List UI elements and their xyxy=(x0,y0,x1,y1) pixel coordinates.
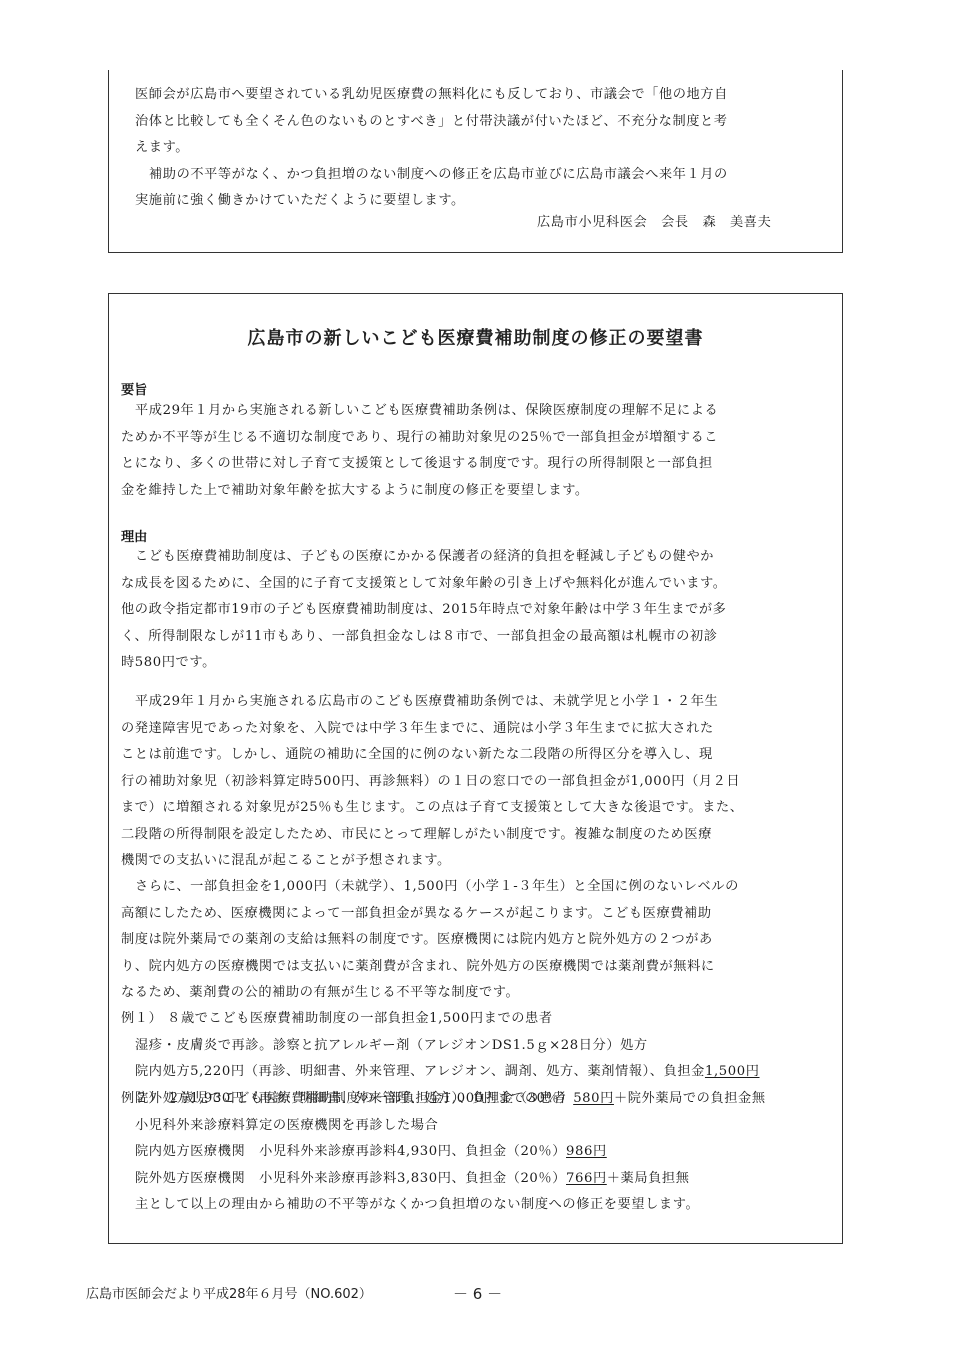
text-fragment: ＋薬局負担無 xyxy=(607,1171,690,1186)
reasons-paragraph-1: こども医療費補助制度は、子どもの医療にかかる保護者の経済的負担を軽減し子どもの健… xyxy=(121,544,727,677)
text-line: 機関での支払いに混乱が起こることが予想されます。 xyxy=(121,848,744,875)
example-label: 例２） xyxy=(121,1091,162,1106)
text-line: まで）に増額される対象児が25％も生じます。この点は子育て支援策として大きな後退… xyxy=(121,795,744,822)
text-line: とになり、多くの世帯に対し子育て支援策として後退する制度です。現行の所得制限と一… xyxy=(121,451,718,478)
text-line: 二段階の所得制限を設定したため、市民にとって理解しがたい制度です。複雑な制度のた… xyxy=(121,822,744,849)
text-line: なるため、薬剤費の公的補助の有無が生じる不平等な制度です。 xyxy=(121,980,739,1007)
highlighted-amount: 766円 xyxy=(566,1171,607,1186)
conclusion: 主として以上の理由から補助の不平等がなくかつ負担増のない制度への修正を要望します… xyxy=(135,1192,699,1219)
text-fragment: 院内処方医療機関 小児科外来診療再診料4,930円、負担金（20％） xyxy=(135,1144,566,1159)
text-line: ためか不平等が生じる不適切な制度であり、現行の補助対象児の25％で一部負担金が増… xyxy=(121,425,718,452)
text-line: 金を維持した上で補助対象年齢を拡大するように制度の修正を要望します。 xyxy=(121,478,718,505)
example-label: 例１） xyxy=(121,1011,162,1026)
text-line: ことは前進です。しかし、通院の補助に全国的に例のない新たな二段階の所得区分を導入… xyxy=(121,742,744,769)
petition-title: 広島市の新しいこども医療費補助制度の修正の要望書 xyxy=(109,324,842,350)
text-line: の発達障害児であった対象を、入院では中学３年生までに、通院は小学３年生までに拡大… xyxy=(121,716,744,743)
signature: 広島市小児科医会 会長 森 美喜夫 xyxy=(537,211,771,230)
page-number: － 6 － xyxy=(453,1283,502,1304)
text-line: 院内処方医療機関 小児科外来診療再診料4,930円、負担金（20％）986円 xyxy=(121,1139,690,1166)
example-heading: ８歳でこども医療費補助制度の一部負担金1,500円までの患者 xyxy=(167,1011,552,1026)
text-line: えます。 xyxy=(135,135,728,162)
text-line: り、院内処方の医療機関では支払いに薬剤費が含まれ、院外処方の医療機関では薬剤費が… xyxy=(121,954,739,981)
publication-footer: 広島市医師会だより平成28年６月号（NO.602） xyxy=(86,1283,372,1302)
reasons-paragraph-3: さらに、一部負担金を1,000円（未就学）、1,500円（小学１-３年生）と全国… xyxy=(121,874,739,1007)
continued-letter-text: 医師会が広島市へ要望されている乳幼児医療費の無料化にも反しており、市議会で「他の… xyxy=(135,82,728,215)
reasons-paragraph-2: 平成29年１月から実施される広島市のこども医療費補助条例では、未就学児と小学１・… xyxy=(121,689,744,875)
text-line: 制度は院外薬局での薬剤の支給は無料の制度です。医療機関には院内処方と院外処方の２… xyxy=(121,927,739,954)
text-fragment: 院内処方5,220円（再診、明細書、外来管理、アレジオン、調剤、処方、薬剤情報）… xyxy=(135,1064,705,1079)
text-line: 高額にしたため、医療機関によって一部負担金が異なるケースが起こります。こども医療… xyxy=(121,901,739,928)
text-fragment: 院外処方医療機関 小児科外来診療再診料3,830円、負担金（20％） xyxy=(135,1171,566,1186)
summary-text: 平成29年１月から実施される新しいこども医療費補助条例は、保険医療制度の理解不足… xyxy=(121,398,718,504)
text-line: 院外処方医療機関 小児科外来診療再診料3,830円、負担金（20％）766円＋薬… xyxy=(121,1166,690,1193)
example-2-title: 例２） ２歳児でこども医療費補助制度の一部負担金1,000円までの患者 xyxy=(121,1086,690,1113)
text-line: 平成29年１月から実施される広島市のこども医療費補助条例では、未就学児と小学１・… xyxy=(121,689,744,716)
reasons-heading: 理由 xyxy=(121,526,147,545)
text-line: な成長を図るために、全国的に子育て支援策として対象年齢の引き上げや無料化が進んで… xyxy=(121,571,727,598)
highlighted-amount: 1,500円 xyxy=(705,1064,760,1079)
highlighted-amount: 986円 xyxy=(566,1144,607,1159)
text-line: 平成29年１月から実施される新しいこども医療費補助条例は、保険医療制度の理解不足… xyxy=(121,398,718,425)
text-line: こども医療費補助制度は、子どもの医療にかかる保護者の経済的負担を軽減し子どもの健… xyxy=(121,544,727,571)
example-2: 例２） ２歳児でこども医療費補助制度の一部負担金1,000円までの患者 小児科外… xyxy=(121,1086,690,1192)
example-1-title: 例１） ８歳でこども医療費補助制度の一部負担金1,500円までの患者 xyxy=(121,1006,766,1033)
continued-letter-box: 医師会が広島市へ要望されている乳幼児医療費の無料化にも反しており、市議会で「他の… xyxy=(108,70,843,253)
text-line: く、所得制限なしが11市もあり、一部負担金なしは８市で、一部負担金の最高額は札幌… xyxy=(121,624,727,651)
text-line: さらに、一部負担金を1,000円（未就学）、1,500円（小学１-３年生）と全国… xyxy=(121,874,739,901)
text-line: 湿疹・皮膚炎で再診。診察と抗アレルギー剤（アレジオンDS1.5ｇ×28日分）処方 xyxy=(121,1033,766,1060)
text-line: 時580円です。 xyxy=(121,650,727,677)
summary-heading: 要旨 xyxy=(121,379,147,398)
example-heading: ２歳児でこども医療費補助制度の一部負担金1,000円までの患者 xyxy=(167,1091,566,1106)
text-line: 補助の不平等がなく、かつ負担増のない制度への修正を広島市並びに広島市議会へ来年１… xyxy=(135,162,728,189)
text-line: 治体と比較しても全くそん色のないものとすべき」と付帯決議が付いたほど、不充分な制… xyxy=(135,109,728,136)
text-line: 医師会が広島市へ要望されている乳幼児医療費の無料化にも反しており、市議会で「他の… xyxy=(135,82,728,109)
petition-box: 広島市の新しいこども医療費補助制度の修正の要望書 要旨 平成29年１月から実施さ… xyxy=(108,293,843,1244)
text-line: 院内処方5,220円（再診、明細書、外来管理、アレジオン、調剤、処方、薬剤情報）… xyxy=(121,1059,766,1086)
text-line: 他の政令指定都市19市の子ども医療費補助制度は、2015年時点で対象年齢は中学３… xyxy=(121,597,727,624)
text-line: 小児科外来診療料算定の医療機関を再診した場合 xyxy=(121,1113,690,1140)
text-line: 行の補助対象児（初診料算定時500円、再診無料）の１日の窓口での一部負担金が1,… xyxy=(121,769,744,796)
